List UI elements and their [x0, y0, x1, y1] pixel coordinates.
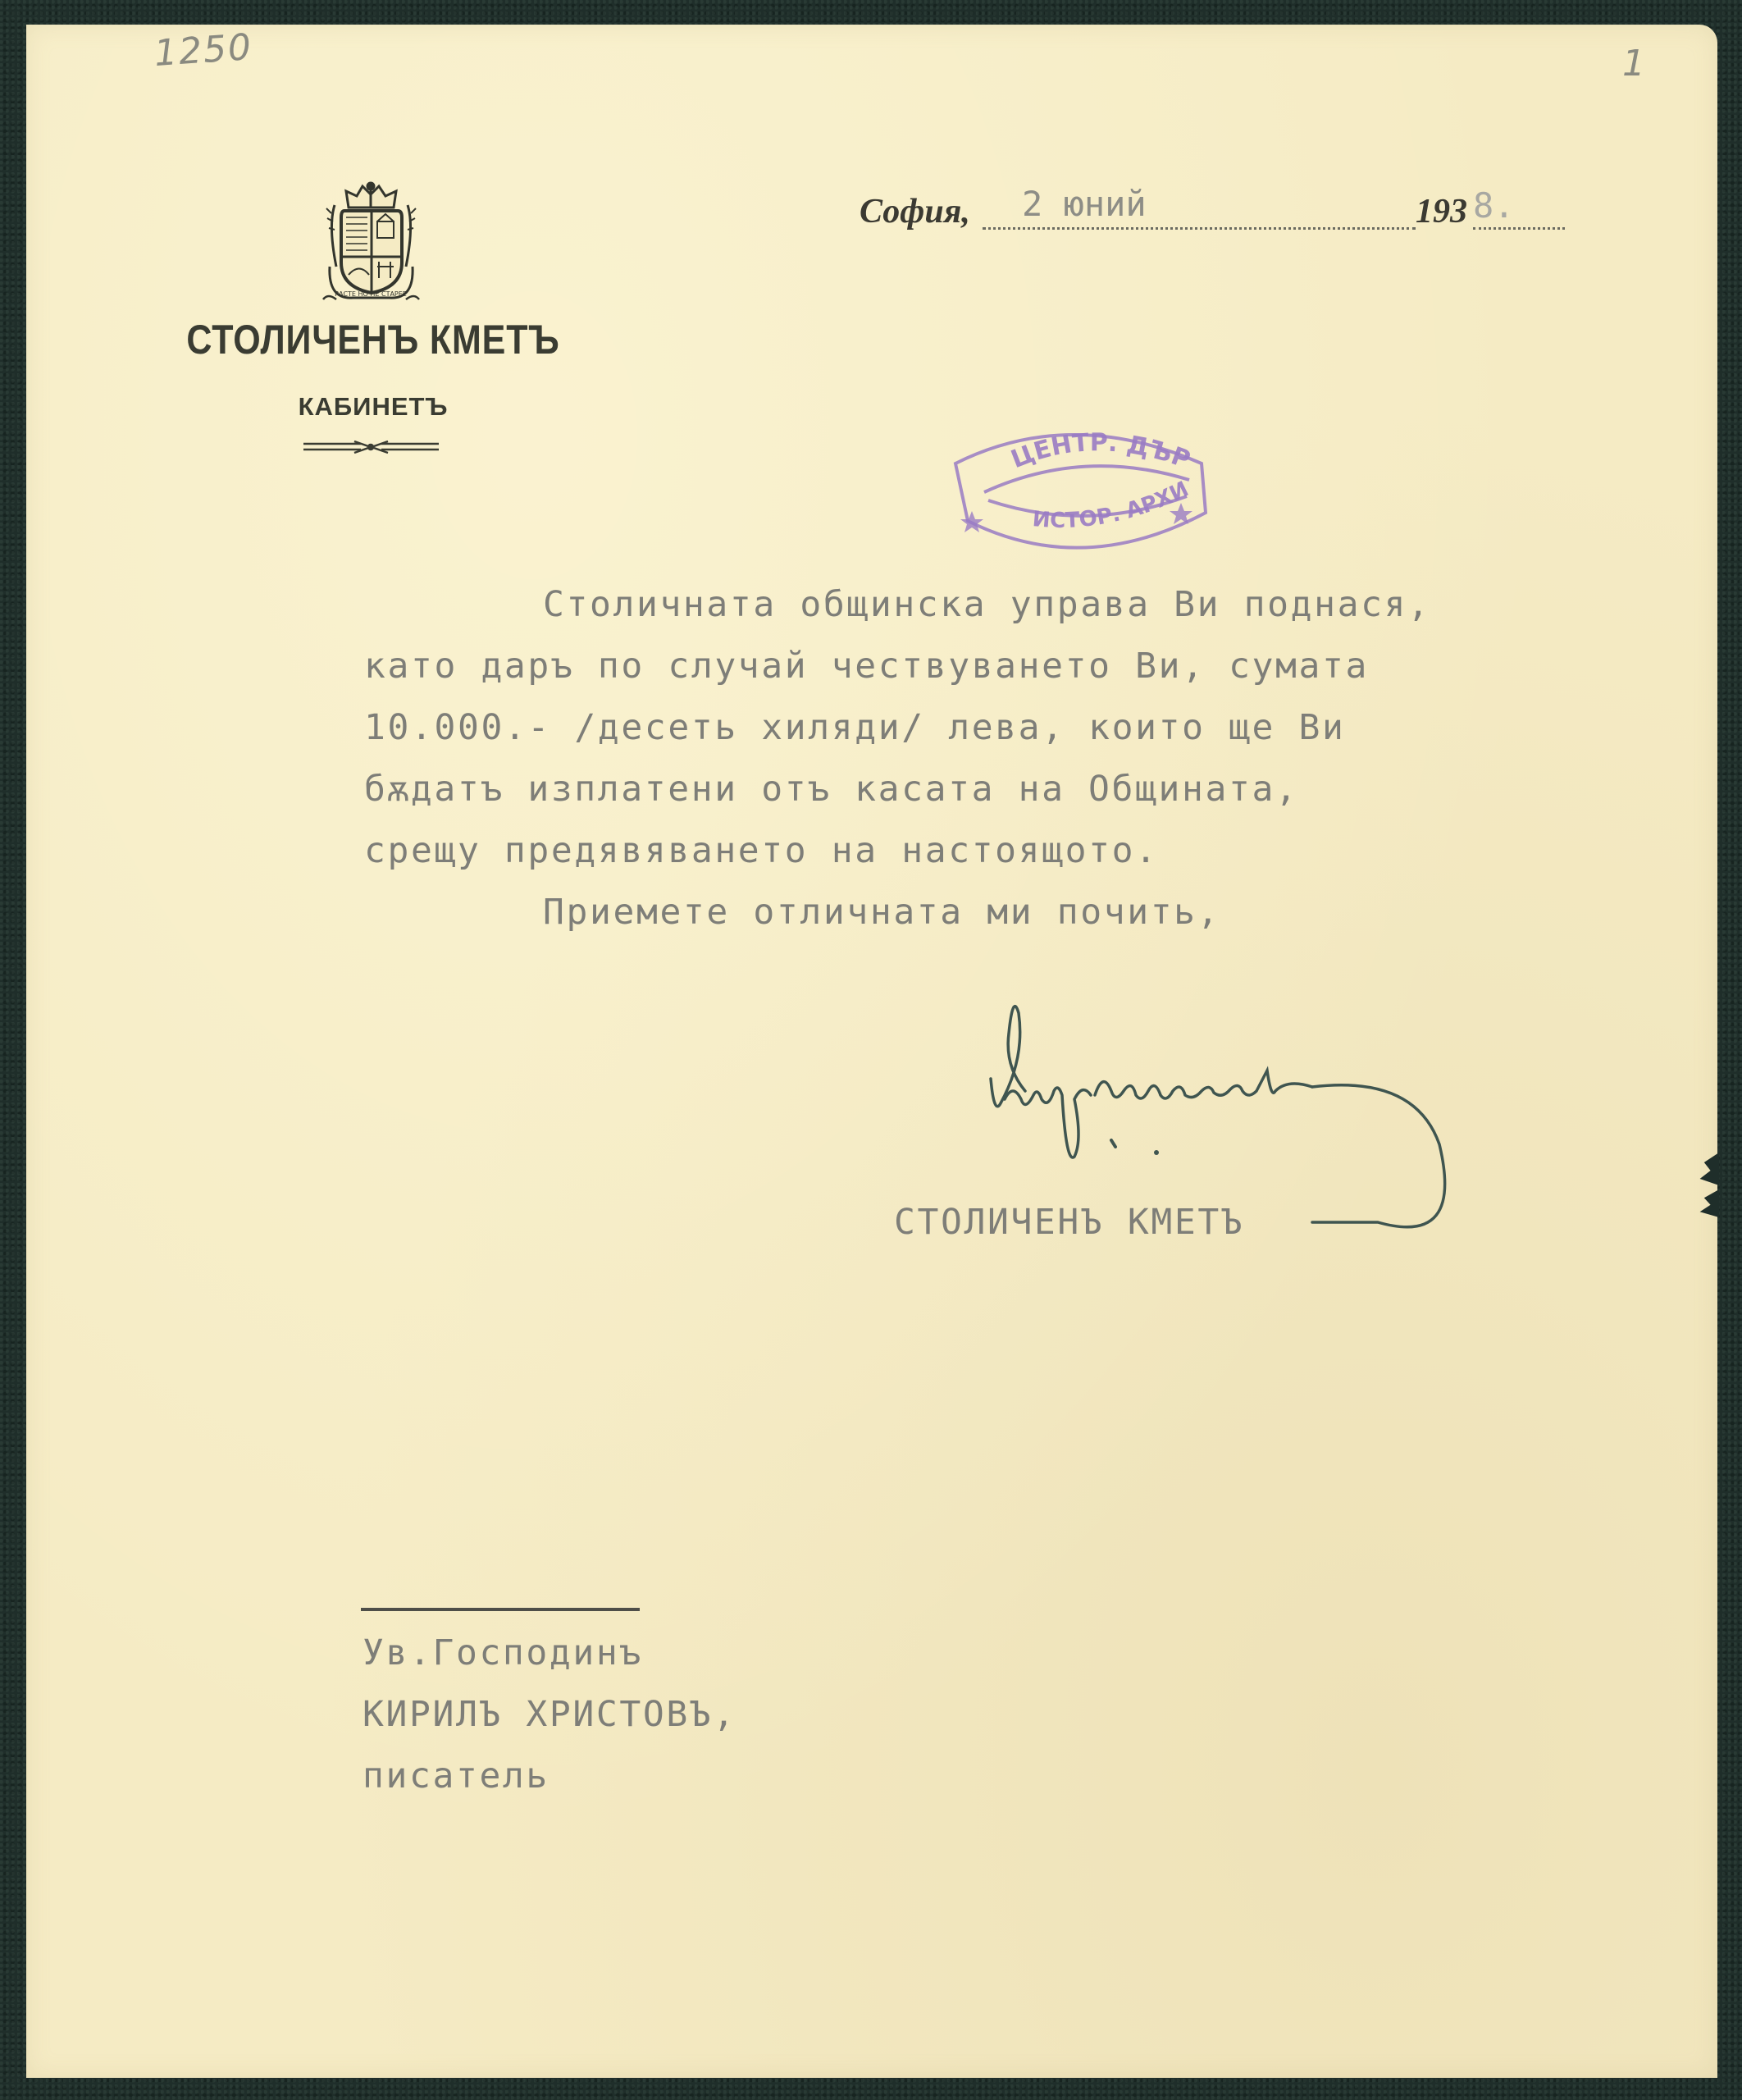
archive-number: 1250	[153, 26, 253, 75]
recipient-salutation: Ув.Господинъ	[363, 1632, 643, 1673]
body-line-5: срещу предявяването на настоящото.	[364, 830, 1159, 871]
ornament-divider-icon	[303, 439, 439, 455]
closing-line: Приемете отличната ми почить,	[543, 892, 1220, 933]
year-prefix: 193	[1416, 192, 1467, 231]
body-line-1: Столичната общинска управа Ви поднася,	[543, 584, 1431, 625]
body-line-4: бѫдатъ изплатени отъ касата на Общината,	[364, 769, 1298, 811]
letterhead-title: СТОЛИЧЕНЪ КМЕТЪ	[186, 316, 560, 363]
stamp-top-text: ЦЕНТР. ДЪРЖ.	[947, 414, 1194, 475]
dateline: София, 2 юний 193 8.	[860, 187, 1565, 236]
city-label: София,	[860, 192, 970, 231]
svg-text:ИСТОР. АРХИВ: ИСТОР. АРХИВ	[947, 414, 1192, 533]
svg-text:ЦЕНТР. ДЪРЖ.: ЦЕНТР. ДЪРЖ.	[947, 414, 1194, 475]
year-suffix: 8.	[1473, 185, 1515, 226]
paper-tear	[1698, 1189, 1719, 1217]
body-line-2: като даръ по случай чествуването Ви, сум…	[364, 646, 1369, 687]
sofia-coat-of-arms-icon: РАСТЕ НО НЕ СТАРЕЕ	[312, 176, 431, 308]
date-dotted-line	[983, 227, 1416, 230]
recipient-divider	[361, 1608, 640, 1611]
recipient-name: КИРИЛЪ ХРИСТОВЪ,	[363, 1694, 736, 1735]
date-value: 2 юний	[1022, 184, 1147, 224]
signatory-title: СТОЛИЧЕНЪ КМЕТЪ	[894, 1202, 1244, 1243]
year-dotted-line	[1473, 227, 1565, 230]
emblem-motto: РАСТЕ НО НЕ СТАРЕЕ	[335, 290, 407, 298]
page-number: 1	[1622, 43, 1645, 84]
recipient-occupation: писатель	[363, 1755, 550, 1796]
archive-stamp: ЦЕНТР. ДЪРЖ. ИСТОР. АРХИВ	[947, 414, 1218, 558]
body-line-3: 10.000.- /десеть хиляди/ лева, които ще …	[364, 707, 1346, 748]
handwritten-signature	[943, 976, 1624, 1239]
letterhead-subtitle: КАБИНЕТЪ	[156, 392, 591, 422]
paper-tear	[1698, 1153, 1719, 1185]
stamp-bottom-text: ИСТОР. АРХИВ	[947, 414, 1192, 533]
